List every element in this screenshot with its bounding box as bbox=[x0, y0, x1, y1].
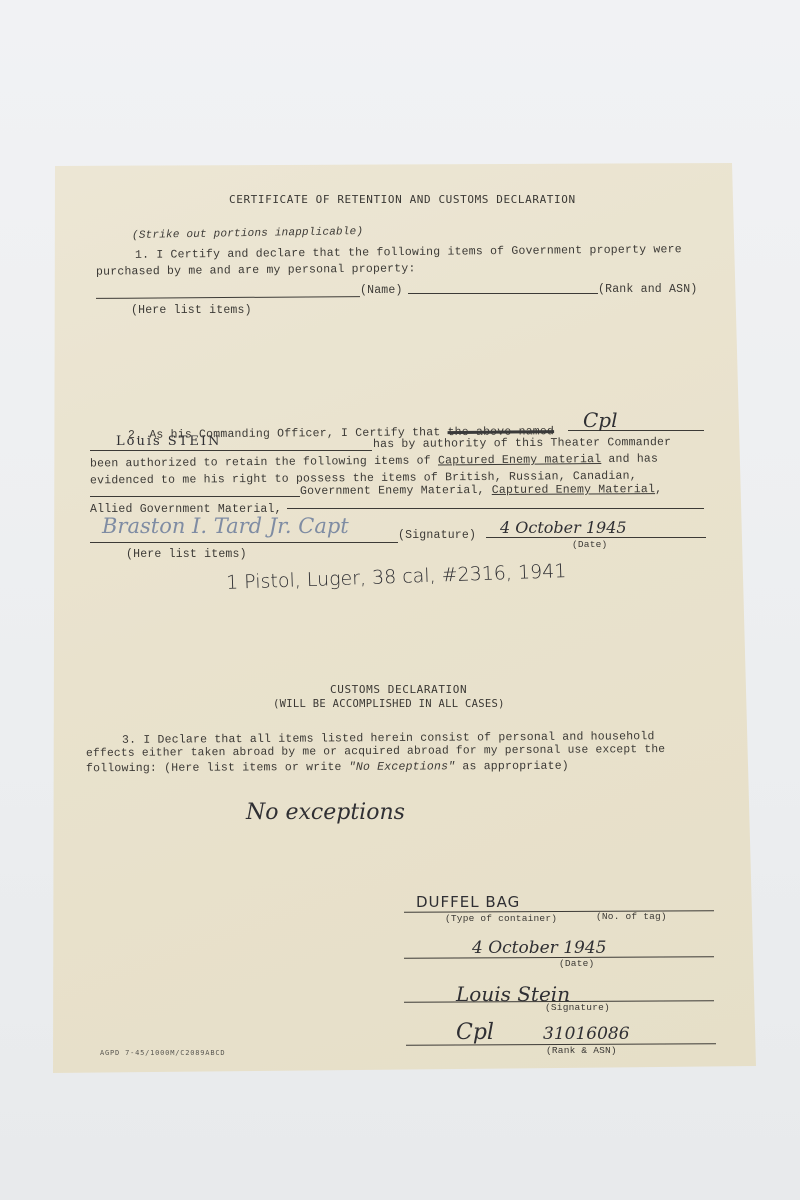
date-line bbox=[486, 537, 706, 538]
name-label: (Name) bbox=[360, 284, 403, 297]
line3-post: as appropriate) bbox=[455, 760, 569, 774]
form-code: AGPD 7-45/1000M/C2089ABCD bbox=[100, 1049, 225, 1057]
handwritten-date: 4 October 1945 bbox=[500, 518, 627, 537]
customs-title: CUSTOMS DECLARATION bbox=[330, 683, 467, 696]
handwritten-declaration-rank: Cpl bbox=[456, 1020, 494, 1045]
line3-pre: following: (Here list items or write bbox=[86, 761, 349, 775]
document-title: CERTIFICATE OF RETENTION AND CUSTOMS DEC… bbox=[229, 193, 576, 206]
signature-line bbox=[90, 542, 398, 543]
handwritten-container: DUFFEL BAG bbox=[416, 893, 520, 911]
captured-enemy-material-underlined: Captured Enemy Material bbox=[492, 483, 655, 497]
rank-asn-declaration-label: (Rank & ASN) bbox=[546, 1045, 617, 1056]
handwritten-exceptions: No exceptions bbox=[246, 800, 405, 825]
line3-post: and has bbox=[608, 453, 658, 466]
section1-list-label: (Here list items) bbox=[131, 304, 252, 317]
allied-blank-line bbox=[287, 508, 704, 509]
line5-pre: Government Enemy Material, bbox=[300, 484, 485, 498]
soldier-name-line bbox=[90, 450, 372, 451]
customs-subtitle: (WILL BE ACCOMPLISHED IN ALL CASES) bbox=[273, 698, 505, 710]
tag-label: (No. of tag) bbox=[596, 911, 667, 922]
government-blank-line bbox=[90, 496, 300, 497]
declaration-date-label: (Date) bbox=[559, 958, 594, 969]
section2-line5: Government Enemy Material, Captured Enem… bbox=[300, 483, 662, 498]
handwritten-asn: 31016086 bbox=[543, 1024, 630, 1044]
customs-line3: following: (Here list items or write "No… bbox=[86, 760, 569, 776]
handwritten-declaration-date: 4 October 1945 bbox=[472, 938, 606, 958]
container-label: (Type of container) bbox=[445, 913, 557, 924]
section2-line2: has by authority of this Theater Command… bbox=[373, 436, 671, 451]
rank-line bbox=[408, 293, 598, 294]
signature-label: (Signature) bbox=[398, 529, 476, 542]
document-paper bbox=[52, 162, 758, 1074]
captured-enemy-underlined: Captured Enemy material bbox=[438, 453, 601, 467]
no-exceptions-quote: "No Exceptions" bbox=[349, 760, 456, 774]
handwritten-soldier-name: Louis STEIN bbox=[116, 434, 221, 449]
handwritten-rank: Cpl bbox=[583, 408, 618, 432]
date-label: (Date) bbox=[572, 539, 607, 550]
section2-list-label: (Here list items) bbox=[126, 548, 247, 561]
declaration-signature-label: (Signature) bbox=[545, 1002, 610, 1013]
officer-signature: Braston I. Tard Jr. Capt bbox=[102, 514, 349, 538]
rank-asn-label: (Rank and ASN) bbox=[598, 283, 697, 296]
line5-post: , bbox=[655, 483, 662, 496]
